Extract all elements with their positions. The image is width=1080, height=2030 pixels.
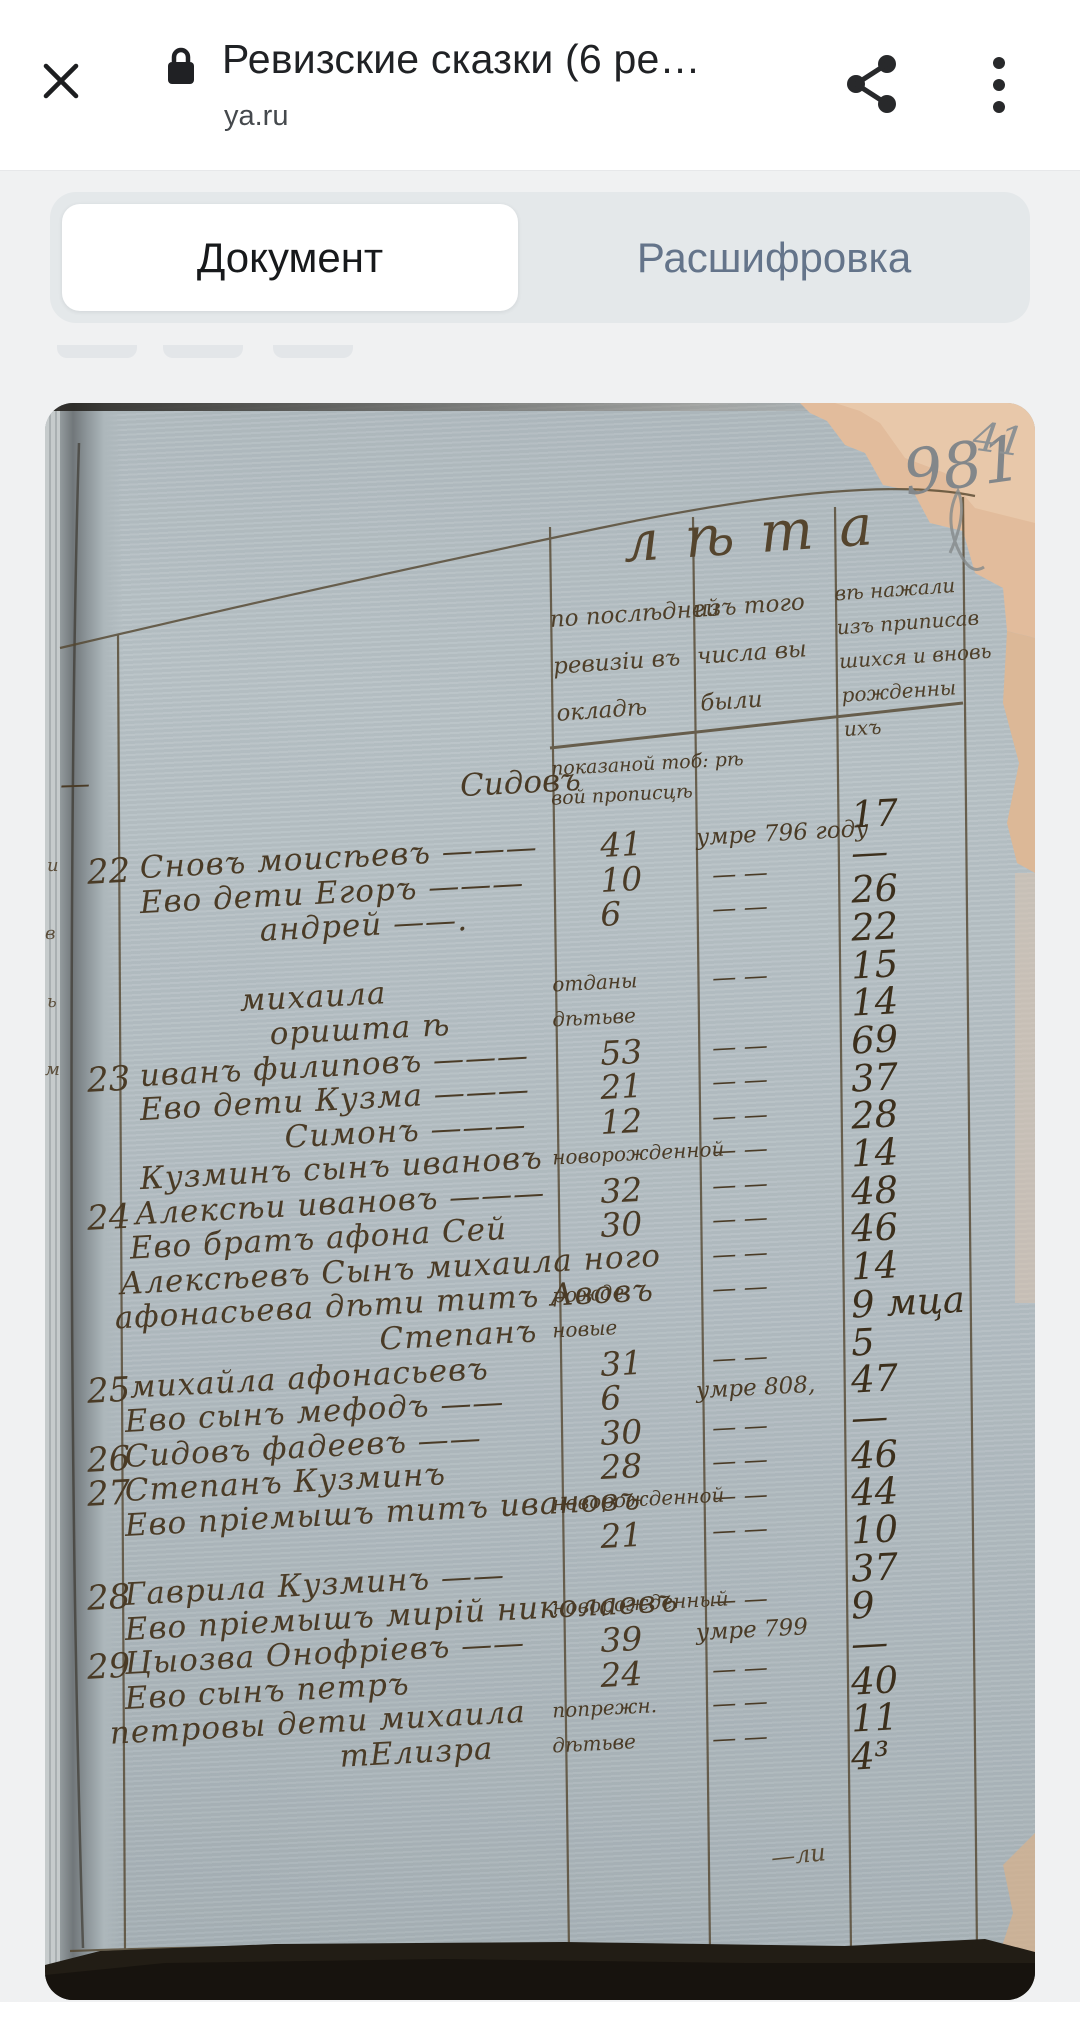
tab-transcript-label: Расшифровка [637, 234, 911, 282]
manuscript-annotation: —ли [770, 1838, 827, 1872]
skeleton-chip [273, 345, 353, 358]
overflow-menu-icon[interactable] [992, 56, 1006, 114]
manuscript-annotation: 41 [970, 414, 1027, 467]
page-bottom-background [0, 2002, 1080, 2030]
tab-document-label: Документ [197, 234, 383, 282]
manuscript-annotation: м [45, 1059, 60, 1080]
lock-icon [166, 46, 196, 86]
tab-switcher: Документ Расшифровка [50, 192, 1030, 323]
column-header: изъ тогочисла выбыли [692, 579, 813, 727]
page-title: Ревизские сказки (6 ре… [222, 36, 701, 83]
manuscript-annotation: в [45, 923, 55, 944]
manuscript-annotation: — [59, 766, 90, 802]
skeleton-chip [57, 345, 137, 358]
manuscript-annotation: ь [47, 991, 57, 1012]
document-scan-image[interactable]: 22Сновъ моисѣевъ ———41умре 796 годуЕво д… [45, 403, 1035, 2000]
content-panel: Документ Расшифровка [0, 171, 1080, 2002]
census-number: 4³ [850, 1728, 992, 1778]
skeleton-chip [163, 345, 243, 358]
page: { "browser": { "title": "Ревизские сказк… [0, 0, 1080, 2030]
site-url: ya.ru [224, 100, 288, 133]
browser-header: Ревизские сказки (6 ре… ya.ru [0, 0, 1080, 171]
manuscript-annotation: и [47, 855, 59, 876]
close-icon[interactable] [38, 58, 84, 104]
share-icon[interactable] [846, 54, 898, 114]
tab-document[interactable]: Документ [62, 204, 518, 311]
column-header: вѣ нажалиизъ приписавшихся и вновьрожден… [833, 566, 997, 746]
tab-transcript[interactable]: Расшифровка [518, 192, 1030, 323]
